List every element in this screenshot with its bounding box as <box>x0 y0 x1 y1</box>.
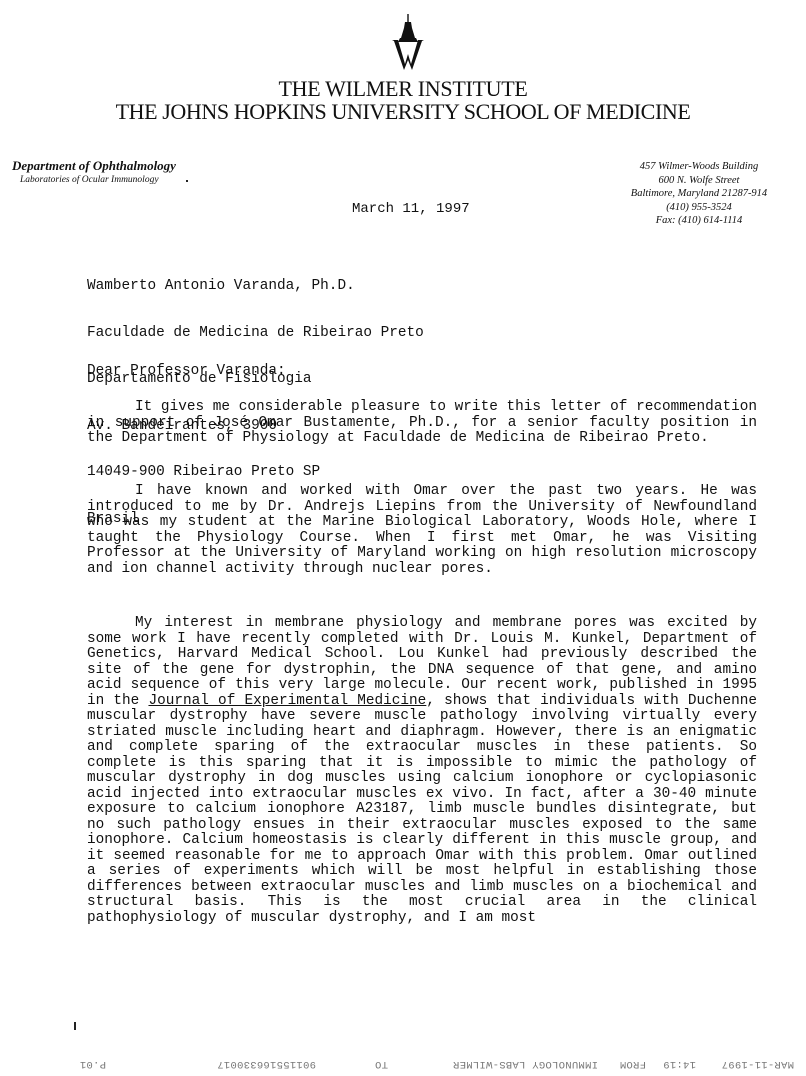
fax-from: IMMUNOLOGY LABS-WILMER <box>453 1058 598 1070</box>
recipient-name: Wamberto Antonio Varanda, Ph.D. <box>87 279 757 295</box>
fax-from-label: FROM <box>620 1058 646 1070</box>
stray-mark <box>74 1022 76 1030</box>
salutation: Dear Professor Varanda: <box>87 364 757 380</box>
wilmer-logo-icon <box>388 14 428 72</box>
fax-time: 14:19 <box>663 1058 696 1070</box>
letter-date: March 11, 1997 <box>352 201 470 217</box>
fax-date: MAR-11-1997 <box>721 1058 794 1070</box>
paragraph-3-text-end: , shows that individuals with Duchenne m… <box>87 693 757 926</box>
stray-dot <box>186 180 188 182</box>
journal-title: Journal of Experimental Medicine <box>148 693 426 709</box>
laboratory-name: Laboratories of Ocular Immunology <box>20 175 159 185</box>
recipient-institution: Faculdade de Medicina de Ribeirao Preto <box>87 326 757 342</box>
recipient-city: 14049-900 Ribeirao Preto SP <box>87 465 757 481</box>
fax-to-number: 901155166330017 <box>217 1058 316 1070</box>
address-building: 457 Wilmer-Woods Building <box>604 160 794 174</box>
university-name: THE JOHNS HOPKINS UNIVERSITY SCHOOL OF M… <box>0 99 806 125</box>
address-city: Baltimore, Maryland 21287-914 <box>604 187 794 201</box>
address-fax: Fax: (410) 614-1114 <box>604 214 794 228</box>
paragraph-1-text: It gives me considerable pleasure to wri… <box>87 399 757 446</box>
body-paragraph-3: My interest in membrane physiology and m… <box>87 616 757 926</box>
letterhead-address: 457 Wilmer-Woods Building 600 N. Wolfe S… <box>604 160 794 228</box>
department-name: Department of Ophthalmology <box>12 158 176 174</box>
paragraph-2-text: I have known and worked with Omar over t… <box>87 483 757 577</box>
fax-to-label: TO <box>375 1058 388 1070</box>
body-paragraph-1: It gives me considerable pleasure to wri… <box>87 400 757 447</box>
address-phone: (410) 955-3524 <box>604 201 794 215</box>
body-paragraph-2: I have known and worked with Omar over t… <box>87 484 757 577</box>
fax-page: P.01 <box>80 1058 106 1070</box>
fax-transmission-header: MAR-11-1997 14:19 FROM IMMUNOLOGY LABS-W… <box>0 1052 806 1072</box>
address-street: 600 N. Wolfe Street <box>604 174 794 188</box>
